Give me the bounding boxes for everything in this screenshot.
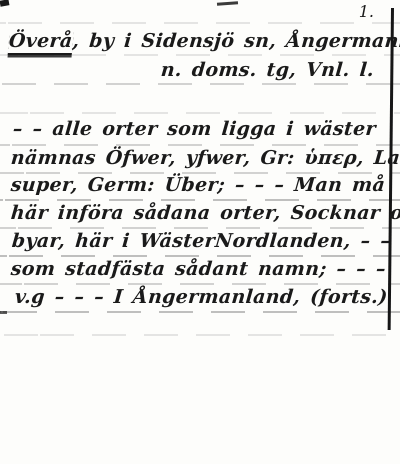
body-line: – – alle orter som ligga i wäster [12,118,377,140]
headword: Överå [8,30,74,55]
body-line: nämnas Öfwer, yfwer, Gr: ὑπερ, Lat: [10,147,400,169]
page-number: 1. [359,2,374,21]
ruled-line [0,227,400,229]
index-card: 1. Överå, by i Sidensjö sn, Ångermanland… [0,0,400,464]
ruled-line [0,199,400,201]
ruled-line [0,112,400,114]
ruled-line [0,334,400,336]
header-line-1: Överå, by i Sidensjö sn, Ångermanlands [8,30,400,52]
ruled-line [0,255,400,257]
body-line: byar, här i WästerNordlanden, – – – [11,230,400,252]
ruled-line [0,83,400,85]
ruled-line [0,22,400,24]
body-line: här införa sådana orter, Socknar och [10,202,400,224]
ruled-line [0,144,400,146]
body-line: som stadfästa sådant namn; – – – [10,258,387,280]
scan-artifact-corner [0,0,9,7]
header-locality: , by i Sidensjö sn, Ångermanlands [72,30,400,52]
ruled-line [0,311,400,313]
scan-artifact-top [217,1,238,5]
scan-artifact-left [0,311,7,314]
body-line: v.g – – – I Ångermanland, (forts.) [14,286,389,308]
ruled-line [0,283,400,285]
header-line-2: n. doms. tg, Vnl. l. [160,59,375,81]
body-line: super, Germ: Über; – – – Man må [10,174,386,196]
